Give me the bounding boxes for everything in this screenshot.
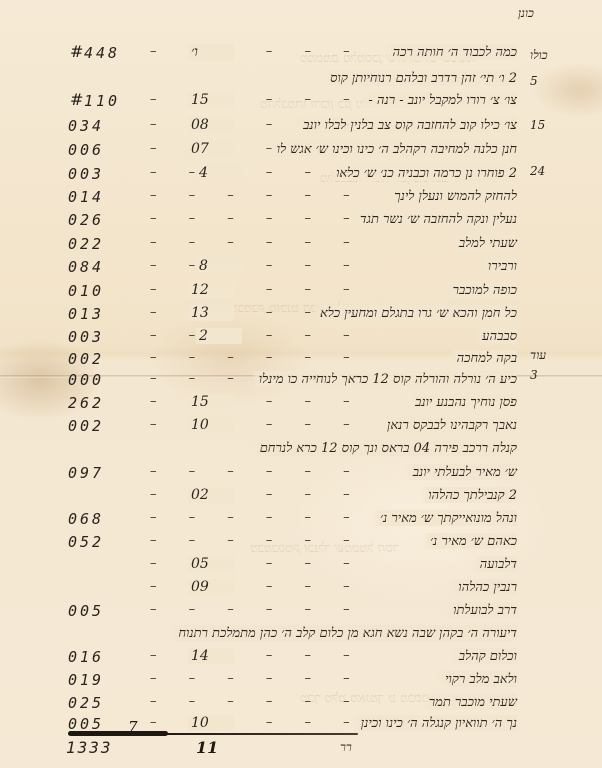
entry-amount: 068 bbox=[68, 510, 148, 528]
ledger-row: 052– – – – – – – –כאהם ש׳ מאיר נ׳ bbox=[0, 533, 602, 555]
entry-description: ורבירו bbox=[480, 258, 517, 274]
entry-description: וכלום קהלב bbox=[451, 648, 517, 664]
dash-leader: – – – – – – – – bbox=[150, 487, 380, 502]
ledger-row: 003– – – – – – – –42 פוחרו נן כרמה וכבני… bbox=[0, 165, 602, 187]
entry-description: כיע ה׳ נורלה והורלה קוס 12 כראך לנוחייה … bbox=[251, 371, 517, 387]
entry-amount: 006 bbox=[68, 141, 148, 159]
entry-mid-column: 12 bbox=[188, 282, 234, 298]
entry-amount: 025 bbox=[68, 694, 148, 712]
ledger-row: קנלה ררכב פירה 04 בראס ונך קוס 12 כרא לנ… bbox=[0, 440, 602, 462]
ledger-row: – – – – – – – –05דלבועה bbox=[0, 556, 602, 578]
ledger-row: 084– – – – – – – –8ורבירו bbox=[0, 258, 602, 280]
ledger-row: דיעורה ה׳ בקהן שבה נשא חגא מן כלום קלב ה… bbox=[0, 625, 602, 647]
ledger-row: 068– – – – – – – –ונהל מונואייקתך ש׳ מאי… bbox=[0, 510, 602, 532]
ledger-row: 010– – – – – – – –12כופה למוכבר bbox=[0, 282, 602, 304]
entry-description: צו׳ צ׳ רורו למקבל יונב - רנה - bbox=[360, 92, 517, 108]
ledger-row: 002– – – – – – – –10נאבך רקבהינו לבבקס ר… bbox=[0, 417, 602, 439]
entry-description: שעתי מוכבר תמר bbox=[421, 694, 517, 710]
entry-amount: 026 bbox=[68, 211, 148, 229]
entry-mid-column: ו׳ bbox=[188, 44, 234, 61]
entry-mid-column: 15 bbox=[188, 92, 234, 108]
dash-leader: – – – – – – – – bbox=[150, 464, 370, 479]
dash-leader: – – – – – – – – bbox=[150, 188, 370, 203]
dash-leader: – – – – – – – – bbox=[150, 211, 370, 226]
ledger-row: 022– – – – – – – –שעתי למלב bbox=[0, 235, 602, 257]
dash-leader: – – – – – – – – bbox=[150, 648, 380, 663]
entry-description: נאבך רקבהינו לבבקס רנאן bbox=[379, 417, 517, 433]
entry-description: בקה למחכה bbox=[449, 350, 517, 366]
total-amount: 1333 bbox=[66, 738, 113, 757]
entry-description: חנן כלנה למחיבה רקהלב ה׳ כינו וכינו ש׳ א… bbox=[269, 141, 517, 157]
carry-mark: 7 bbox=[128, 718, 138, 736]
entry-description: סבבהע bbox=[474, 328, 517, 344]
entry-mid-column: 14 bbox=[188, 648, 234, 664]
dash-leader: – – – – – – – – bbox=[150, 258, 380, 273]
entry-amount: 003 bbox=[68, 165, 148, 183]
ledger-row: 026– – – – – – – –נעלין ונקה להחזבה ש׳ נ… bbox=[0, 211, 602, 233]
ledger-row: 002– – – – – – – –בקה למחכה bbox=[0, 350, 602, 372]
entry-amount: 014 bbox=[68, 188, 148, 206]
entry-description: ונהל מונואייקתך ש׳ מאיר נ׳ bbox=[372, 510, 517, 526]
entry-description: כל חמן והכא ש׳ גרו בתגלם ומחעין כלא bbox=[312, 305, 517, 321]
ledger-page: ממטמם מלמסכן שלג זכולט שכשמז מהלבמתו ורכ… bbox=[0, 0, 602, 768]
entry-description: נך ה׳ תוואיון קנגלה ה׳ כינו וכינן bbox=[353, 715, 517, 731]
total-mid-column: 11 bbox=[196, 738, 218, 757]
dash-leader: – – – – – – – – bbox=[150, 510, 370, 525]
dash-leader: – – – – – – – – bbox=[150, 282, 380, 297]
ledger-row: 016– – – – – – – –14וכלום קהלב bbox=[0, 648, 602, 670]
entry-description: פסן נוחיך נהבנע יונב bbox=[407, 394, 517, 410]
entry-mid-column: 15 bbox=[188, 394, 234, 410]
entry-mid-column: 8 bbox=[196, 258, 242, 274]
entry-description: נעלין ונקה להחזבה ש׳ נשר תגד bbox=[352, 211, 517, 227]
entry-amount: 010 bbox=[68, 282, 148, 300]
ledger-row: 013– – – – – – – –13כל חמן והכא ש׳ גרו ב… bbox=[0, 305, 602, 327]
ledger-row: 110– – – – – – – –15צו׳ צ׳ רורו למקבל יו… bbox=[0, 92, 602, 114]
entry-amount: 034 bbox=[68, 117, 148, 135]
total-rule-thick bbox=[68, 731, 168, 736]
ledger-row: 025– – – – – – – –שעתי מוכבר תמר bbox=[0, 694, 602, 716]
entry-description: כאהם ש׳ מאיר נ׳ bbox=[422, 533, 517, 549]
entry-mid-column: 09 bbox=[188, 579, 234, 595]
ledger-row: – – – – – – – –022 קנבילתך כהלהו bbox=[0, 487, 602, 509]
entry-description: להחזק להמוש ונעלן לינך bbox=[386, 188, 517, 204]
dash-leader: – – – – – – – – bbox=[150, 715, 380, 730]
entry-description: שעתי למלב bbox=[451, 235, 517, 251]
entry-amount: 084 bbox=[68, 258, 148, 276]
entry-description: 2 קנבילתך כהלהו bbox=[420, 487, 517, 503]
entry-description: כמה לכבוד ה׳ חותה רכה bbox=[385, 44, 517, 60]
dash-leader: – – – – – – – – bbox=[150, 394, 380, 409]
entry-description: דרב לבועלתו bbox=[445, 602, 517, 618]
entry-description: ולאב מלב רקוי bbox=[437, 671, 517, 687]
ledger-row: 005– – – – – – – –דרב לבועלתו bbox=[0, 602, 602, 624]
dash-leader: – – – – – – – – bbox=[150, 671, 370, 686]
entry-description: צו׳ כילו קוב להחזבה קוס צב בלנין לבלו יו… bbox=[295, 117, 517, 133]
entry-description: 2 פוחרו נן כרמה וכבניה כנ׳ ש׳ כלאו bbox=[328, 165, 517, 181]
dash-leader: – – – – – – – – bbox=[150, 556, 380, 571]
ledger-row: 019– – – – – – – –ולאב מלב רקוי bbox=[0, 671, 602, 693]
entry-mid-column: 02 bbox=[188, 487, 234, 503]
entry-description: דלבועה bbox=[472, 556, 517, 572]
entry-description: ש׳ מאיר לבעלתי יונב bbox=[405, 464, 517, 480]
dash-leader: – – – – – – – – bbox=[150, 44, 380, 59]
dash-leader: – – – – – – – – bbox=[150, 328, 380, 343]
entry-mid-column: 07 bbox=[188, 141, 234, 157]
entry-amount: 005 bbox=[68, 602, 148, 620]
entry-mid-column: 2 bbox=[196, 328, 242, 344]
dash-leader: – – – – – – – – bbox=[150, 350, 370, 365]
ledger-row: 003– – – – – – – –2סבבהע bbox=[0, 328, 602, 350]
entry-amount: 003 bbox=[68, 328, 148, 346]
ledger-row: 262– – – – – – – –15פסן נוחיך נהבנע יונב bbox=[0, 394, 602, 416]
entry-amount: 002 bbox=[68, 417, 148, 435]
entry-mid-column: 10 bbox=[188, 715, 234, 731]
ledger-row: 2 ו׳ תי׳ זהן רדרב ובלהם רנוחיותן קוס bbox=[0, 70, 602, 92]
entry-mid-column: 10 bbox=[188, 417, 234, 433]
total-mark: רר bbox=[340, 740, 352, 755]
entry-amount: 052 bbox=[68, 533, 148, 551]
ledger-row: 097– – – – – – – –ש׳ מאיר לבעלתי יונב bbox=[0, 464, 602, 486]
entry-amount: 019 bbox=[68, 671, 148, 689]
entry-amount: 002 bbox=[68, 350, 148, 368]
dash-leader: – – – – – – – – bbox=[150, 602, 370, 617]
entry-description: קנלה ררכב פירה 04 בראס ונך קוס 12 כרא לנ… bbox=[252, 440, 517, 456]
dash-leader: – – – – – – – – bbox=[150, 417, 380, 432]
header-note: כונן bbox=[518, 6, 534, 21]
entry-description: רנבין כהלהו bbox=[450, 579, 517, 595]
entry-mid-column: 4 bbox=[196, 165, 242, 181]
ledger-row: 000– – – – – – – –כיע ה׳ נורלה והורלה קו… bbox=[0, 371, 602, 393]
ledger-row: 014– – – – – – – –להחזק להמוש ונעלן לינך bbox=[0, 188, 602, 210]
dash-leader: – – – – – – – – bbox=[150, 235, 370, 250]
entry-description: כופה למוכבר bbox=[445, 282, 517, 298]
entry-amount: 000 bbox=[68, 371, 148, 389]
entry-amount: 097 bbox=[68, 464, 148, 482]
entry-amount: 022 bbox=[68, 235, 148, 253]
ledger-row: – – – – – – – –09רנבין כהלהו bbox=[0, 579, 602, 601]
dash-leader: – – – – – – – – bbox=[150, 533, 370, 548]
ledger-row: 448– – – – – – – –ו׳כמה לכבוד ה׳ חותה רכ… bbox=[0, 44, 602, 66]
entry-mid-column: 08 bbox=[188, 117, 234, 133]
dash-leader: – – – – – – – – bbox=[150, 92, 380, 107]
ledger-row: 034– – – – – – – –08צו׳ כילו קוב להחזבה … bbox=[0, 117, 602, 139]
entry-amount: 016 bbox=[68, 648, 148, 666]
entry-mid-column: 05 bbox=[188, 556, 234, 572]
entry-description: 2 ו׳ תי׳ זהן רדרב ובלהם רנוחיותן קוס bbox=[322, 70, 517, 86]
entry-amount: 262 bbox=[68, 394, 148, 412]
entry-amount: 013 bbox=[68, 305, 148, 323]
entry-mid-column: 13 bbox=[188, 305, 234, 321]
dash-leader: – – – – – – – – bbox=[150, 579, 380, 594]
ledger-row: 006– – – – – – – –07חנן כלנה למחיבה רקהל… bbox=[0, 141, 602, 163]
entry-description: דיעורה ה׳ בקהן שבה נשא חגא מן כלום קלב ה… bbox=[170, 625, 517, 641]
dash-leader: – – – – – – – – bbox=[150, 694, 370, 709]
